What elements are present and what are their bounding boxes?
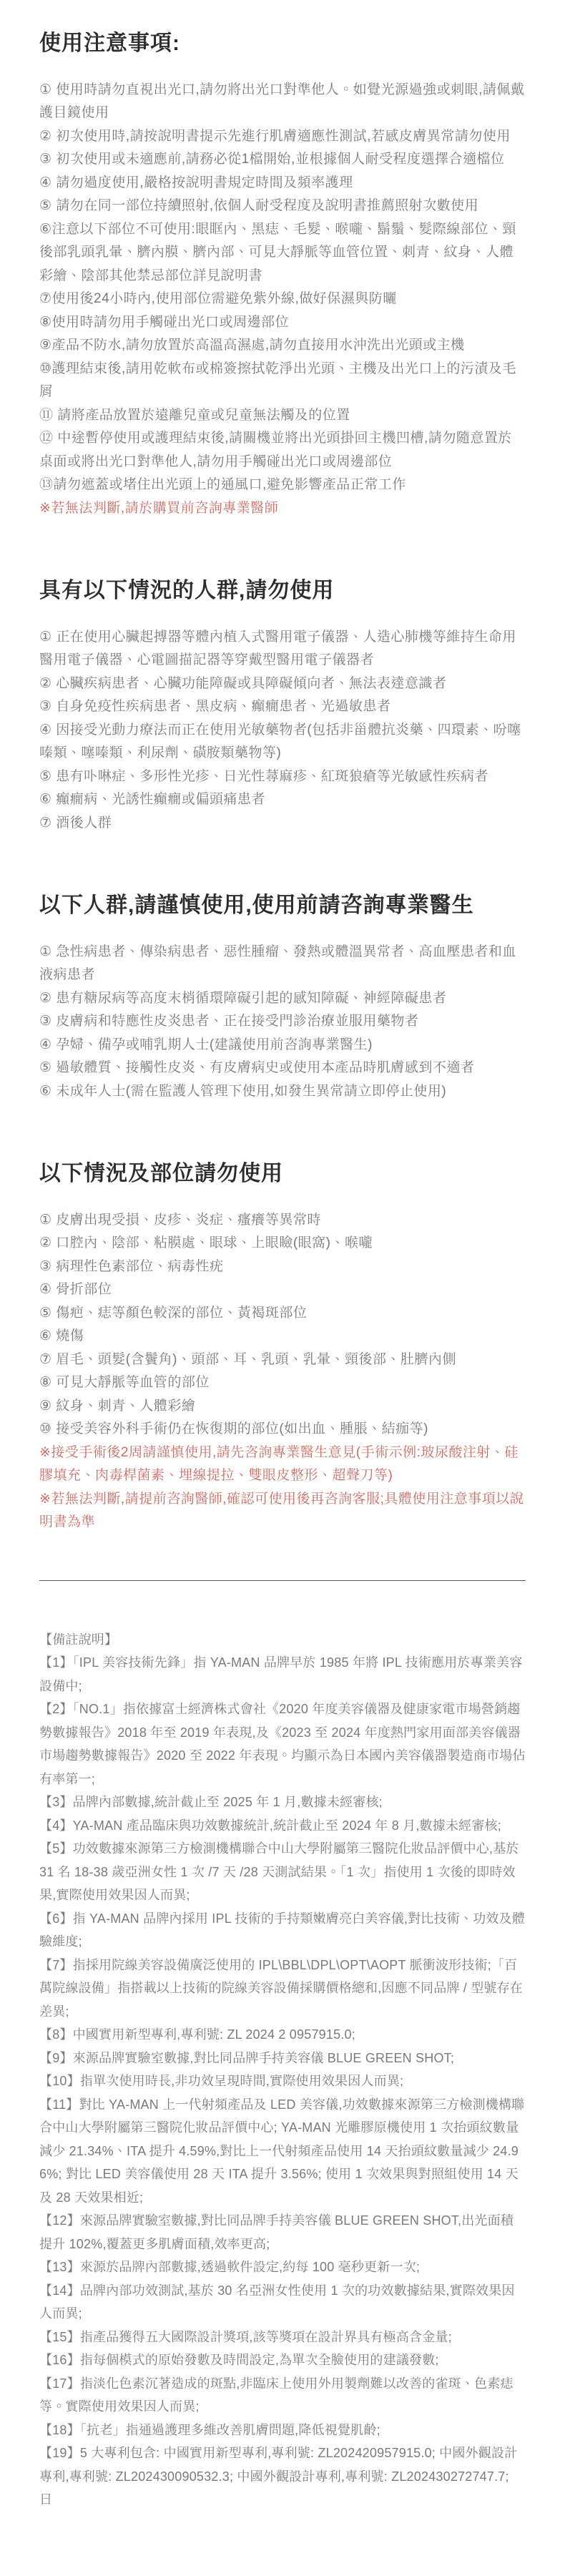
footnote-item: 【10】指單次使用時長,非功效呈現時間,實際使用效果因人而異; bbox=[39, 2070, 526, 2093]
forbidden-area-item: ④ 骨折部位 bbox=[39, 1278, 526, 1302]
section-do-not-use-groups: 具有以下情況的人群,請勿使用 ① 正在使用心臟起搏器等體內植入式醫用電子儀器、人… bbox=[39, 577, 526, 835]
forbidden-area-item: ③ 病理性色素部位、病毒性疣 bbox=[39, 1255, 526, 1279]
forbidden-area-item: ① 皮膚出現受損、皮疹、炎症、瘙癢等異常時 bbox=[39, 1209, 526, 1233]
forbidden-area-item: ⑤ 傷疤、痣等顏色較深的部位、黃褐斑部位 bbox=[39, 1302, 526, 1326]
do-not-use-group-item: ① 正在使用心臟起搏器等體內植入式醫用電子儀器、人造心肺機等維持生命用醫用電子儀… bbox=[39, 626, 526, 672]
caution-group-item: ① 急性病患者、傳染病患者、惡性腫瘤、發熱或體溫異常者、高血壓患者和血液病患者 bbox=[39, 941, 526, 987]
forbidden-area-item: ⑩ 接受美容外科手術仍在恢復期的部位(如出血、腫脹、結痂等) bbox=[39, 1418, 526, 1441]
do-not-use-group-item: ⑦ 酒後人群 bbox=[39, 812, 526, 836]
footnote-item: 【13】來源於品牌內部數據,透過軟件設定,約每 100 毫秒更新一次; bbox=[39, 2256, 526, 2279]
section-divider bbox=[39, 1580, 526, 1581]
usage-precaution-item: ⑪ 請將產品放置於遠離兒童或兒童無法觸及的位置 bbox=[39, 404, 526, 428]
section-title-usage-precautions: 使用注意事項: bbox=[39, 30, 526, 57]
footnote-item: 【4】YA-MAN 產品臨床與功效數據統計,統計截止至 2024 年 8 月,數… bbox=[39, 1814, 526, 1838]
footnote-item: 【12】來源品牌實驗室數據,對比同品牌手持美容儀 BLUE GREEN SHOT… bbox=[39, 2209, 526, 2256]
footnote-item: 【3】品牌內部數據,統計截止至 2025 年 1 月,數據未經審核; bbox=[39, 1791, 526, 1814]
usage-precaution-item: ⑦使用後24小時內,使用部位需避免紫外線,做好保濕與防曬 bbox=[39, 288, 526, 311]
footnotes-block: 【備註說明】 【1】「IPL 美容技術先鋒」指 YA-MAN 品牌早於 1985… bbox=[39, 1628, 526, 2512]
footnotes-header: 【備註說明】 bbox=[39, 1628, 526, 1652]
do-not-use-group-item: ② 心臟疾病患者、心臟功能障礙或具障礙傾向者、無法表達意識者 bbox=[39, 672, 526, 696]
footnote-item: 【11】對比 YA-MAN 上一代射頻產品及 LED 美容儀,功效數據來源第三方… bbox=[39, 2093, 526, 2210]
forbidden-area-item: ② 口腔內、陰部、粘膜處、眼球、上眼瞼(眼窩)、喉嚨 bbox=[39, 1232, 526, 1255]
footnote-item: 【1】「IPL 美容技術先鋒」指 YA-MAN 品牌早於 1985 年將 IPL… bbox=[39, 1651, 526, 1698]
section-title-do-not-use-groups: 具有以下情況的人群,請勿使用 bbox=[39, 577, 526, 604]
warning-note: ※若無法判斷,請提前咨詢醫師,確認可使用後再咨詢客服;具體使用注意事項以說明書為… bbox=[39, 1488, 526, 1534]
usage-precautions-list: ① 使用時請勿直視出光口,請勿將出光口對準他人。如覺光源過強或刺眼,請佩戴護目鏡… bbox=[39, 79, 526, 497]
usage-precautions-warning: ※若無法判斷,請於購買前咨詢專業醫師 bbox=[39, 497, 526, 521]
forbidden-areas-warnings: ※接受手術後2周請謹慎使用,請先咨詢專業醫生意見(手術示例:玻尿酸注射、硅膠填充… bbox=[39, 1441, 526, 1534]
footnote-item: 【6】指 YA-MAN 品牌內採用 IPL 技術的手持類嫩膚亮白美容儀,對比技術… bbox=[39, 1907, 526, 1954]
do-not-use-group-item: ③ 自身免疫性疾病患者、黑皮病、癲癇患者、光過敏患者 bbox=[39, 695, 526, 719]
footnote-item: 【19】5 大專利包含: 中國實用新型專利,專利號: ZL20242095791… bbox=[39, 2442, 526, 2512]
forbidden-area-item: ⑨ 紋身、刺青、人體彩繪 bbox=[39, 1395, 526, 1419]
caution-group-item: ③ 皮膚病和特應性皮炎患者、正在接受門診治療並服用藥物者 bbox=[39, 1010, 526, 1034]
forbidden-area-item: ⑧ 可見大靜脈等血管的部位 bbox=[39, 1371, 526, 1395]
section-usage-precautions: 使用注意事項: ① 使用時請勿直視出光口,請勿將出光口對準他人。如覺光源過強或刺… bbox=[39, 30, 526, 520]
usage-precaution-item: ⑬請勿遮蓋或堵住出光頭上的通風口,避免影響產品正常工作 bbox=[39, 474, 526, 497]
caution-group-item: ④ 孕婦、備孕或哺乳期人士(建議使用前咨詢專業醫生) bbox=[39, 1034, 526, 1057]
do-not-use-group-item: ⑥ 癲癇病、光誘性癲癇或偏頭痛患者 bbox=[39, 788, 526, 812]
warning-note: ※若無法判斷,請於購買前咨詢專業醫師 bbox=[39, 497, 526, 521]
usage-precaution-item: ⑨產品不防水,請勿放置於高溫高濕處,請勿直接用水沖洗出光頭或主機 bbox=[39, 334, 526, 358]
forbidden-area-item: ⑦ 眉毛、頭髮(含鬢角)、頭部、耳、乳頭、乳暈、頸後部、肚臍內側 bbox=[39, 1348, 526, 1372]
product-notice-page: 使用注意事項: ① 使用時請勿直視出光口,請勿將出光口對準他人。如覺光源過強或刺… bbox=[0, 0, 565, 2576]
section-title-caution-groups: 以下人群,請謹慎使用,使用前請咨詢專業醫生 bbox=[39, 892, 526, 919]
usage-precaution-item: ⑤ 請勿在同一部位持續照射,依個人耐受程度及說明書推薦照射次數使用 bbox=[39, 195, 526, 218]
section-caution-groups: 以下人群,請謹慎使用,使用前請咨詢專業醫生 ① 急性病患者、傳染病患者、惡性腫瘤… bbox=[39, 892, 526, 1103]
usage-precaution-item: ⑧使用時請勿用手觸碰出光口或周邊部位 bbox=[39, 311, 526, 335]
caution-groups-list: ① 急性病患者、傳染病患者、惡性腫瘤、發熱或體溫異常者、高血壓患者和血液病患者②… bbox=[39, 941, 526, 1104]
section-title-forbidden-areas: 以下情況及部位請勿使用 bbox=[39, 1160, 526, 1187]
caution-group-item: ⑥ 未成年人士(需在監護人管理下使用,如發生異常請立即停止使用) bbox=[39, 1080, 526, 1104]
footnote-item: 【8】中國實用新型專利,專利號: ZL 2024 2 0957915.0; bbox=[39, 2023, 526, 2047]
usage-precaution-item: ④ 請勿過度使用,嚴格按說明書規定時間及頻率護理 bbox=[39, 172, 526, 195]
section-forbidden-areas: 以下情況及部位請勿使用 ① 皮膚出現受損、皮疹、炎症、瘙癢等異常時② 口腔內、陰… bbox=[39, 1160, 526, 1534]
footnote-item: 【5】功效數據來源第三方檢測機構聯合中山大學附屬第三醫院化妝品評價中心,基於 3… bbox=[39, 1837, 526, 1907]
do-not-use-group-item: ⑤ 患有卟啉症、多形性光疹、日光性蕁麻疹、紅斑狼瘡等光敏感性疾病者 bbox=[39, 765, 526, 789]
do-not-use-groups-list: ① 正在使用心臟起搏器等體內植入式醫用電子儀器、人造心肺機等維持生命用醫用電子儀… bbox=[39, 626, 526, 836]
usage-precaution-item: ⑥注意以下部位不可使用:眼眶內、黑痣、毛髮、喉嚨、鬍鬚、髮際線部位、頸後部乳頭乳… bbox=[39, 218, 526, 288]
usage-precaution-item: ⑫ 中途暫停使用或護理結束後,請關機並將出光頭掛回主機凹槽,請勿隨意置於桌面或將… bbox=[39, 427, 526, 474]
footnote-item: 【7】指採用院線美容設備廣泛使用的 IPL\BBL\DPL\OPT\AOPT 脈… bbox=[39, 1954, 526, 2024]
forbidden-area-item: ⑥ 燒傷 bbox=[39, 1325, 526, 1348]
footnote-item: 【9】來源品牌實驗室數據,對比同品牌手持美容儀 BLUE GREEN SHOT; bbox=[39, 2047, 526, 2070]
forbidden-areas-list: ① 皮膚出現受損、皮疹、炎症、瘙癢等異常時② 口腔內、陰部、粘膜處、眼球、上眼瞼… bbox=[39, 1209, 526, 1441]
caution-group-item: ⑤ 過敏體質、接觸性皮炎、有皮膚病史或使用本產品時肌膚感到不適者 bbox=[39, 1057, 526, 1080]
warning-note: ※接受手術後2周請謹慎使用,請先咨詢專業醫生意見(手術示例:玻尿酸注射、硅膠填充… bbox=[39, 1441, 526, 1488]
do-not-use-group-item: ④ 因接受光動力療法而正在使用光敏藥物者(包括非甾體抗炎藥、四環素、吩噻嗪類、噻… bbox=[39, 719, 526, 765]
footnotes-list: 【1】「IPL 美容技術先鋒」指 YA-MAN 品牌早於 1985 年將 IPL… bbox=[39, 1651, 526, 2512]
footnote-item: 【17】指淡化色素沉著造成的斑點,非臨床上使用外用製劑難以改善的雀斑、色素痣等。… bbox=[39, 2372, 526, 2419]
footnote-item: 【2】「NO.1」指依據富士經濟株式會社《2020 年度美容儀器及健康家電市場營… bbox=[39, 1698, 526, 1791]
footnote-item: 【16】指每個模式的原始發數及時間設定,為單次全臉使用的建議發數; bbox=[39, 2349, 526, 2372]
footnote-item: 【15】指產品獲得五大國際設計獎項,該等獎項在設計界具有極高含金量; bbox=[39, 2326, 526, 2349]
footnote-item: 【14】品牌內部功效測試,基於 30 名亞洲女性使用 1 次的功效數據結果,實際… bbox=[39, 2279, 526, 2326]
footnote-item: 【18】「抗老」指通過護理多維改善肌膚問題,降低視覺肌齡; bbox=[39, 2419, 526, 2442]
usage-precaution-item: ② 初次使用時,請按說明書提示先進行肌膚適應性測試,若感皮膚異常請勿使用 bbox=[39, 125, 526, 149]
usage-precaution-item: ③ 初次使用或未適應前,請務必從1檔開始,並根據個人耐受程度選擇合適檔位 bbox=[39, 148, 526, 172]
usage-precaution-item: ① 使用時請勿直視出光口,請勿將出光口對準他人。如覺光源過強或刺眼,請佩戴護目鏡… bbox=[39, 79, 526, 125]
caution-group-item: ② 患有糖尿病等高度末梢循環障礙引起的感知障礙、神經障礙患者 bbox=[39, 987, 526, 1011]
usage-precaution-item: ⑩護理結束後,請用乾軟布或棉簽擦拭乾淨出光頭、主機及出光口上的污漬及毛屑 bbox=[39, 358, 526, 404]
